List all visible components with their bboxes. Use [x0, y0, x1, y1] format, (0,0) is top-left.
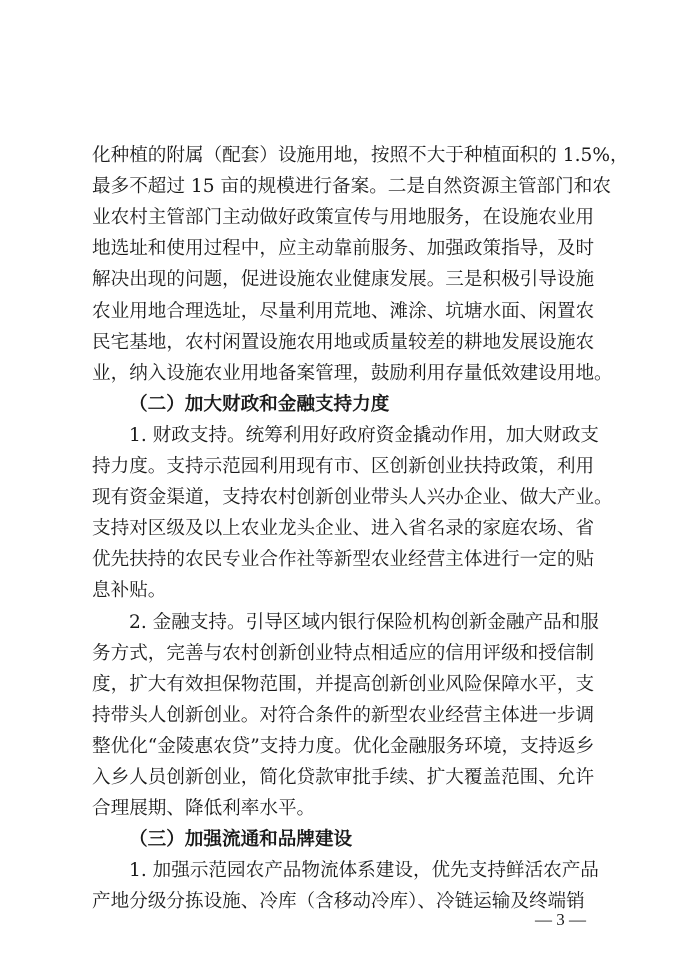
paragraph-line: 现有资金渠道，支持农村创新创业带头人兴办企业、做大产业。: [92, 482, 574, 513]
paragraph-line: 农业用地合理选址，尽量利用荒地、滩涂、坑塘水面、闲置农: [92, 296, 574, 327]
paragraph-line: 优先扶持的农民专业合作社等新型农业经营主体进行一定的贴: [92, 544, 574, 575]
paragraph-line: 持力度。支持示范园利用现有市、区创新创业扶持政策，利用: [92, 451, 574, 482]
paragraph-line: 化种植的附属（配套）设施用地，按照不大于种植面积的 1.5%，: [92, 140, 574, 171]
section-heading: （二）加大财政和金融支持力度: [129, 389, 574, 420]
paragraph-line: 合理展期、降低利率水平。: [92, 793, 574, 824]
paragraph-line: 支持对区级及以上农业龙头企业、进入省名录的家庭农场、省: [92, 513, 574, 544]
paragraph-line: 息补贴。: [92, 575, 574, 606]
section-heading: （三）加强流通和品牌建设: [129, 824, 574, 855]
document-page: 化种植的附属（配套）设施用地，按照不大于种植面积的 1.5%，最多不超过 15 …: [0, 0, 680, 962]
paragraph-line: 务方式，完善与农村创新创业特点相适应的信用评级和授信制: [92, 638, 574, 669]
paragraph-line: 度，扩大有效担保物范围，并提高创新创业风险保障水平，支: [92, 669, 574, 700]
paragraph-line: 解决出现的问题，促进设施农业健康发展。三是积极引导设施: [92, 264, 574, 295]
paragraph-line: 业农村主管部门主动做好政策宣传与用地服务，在设施农业用: [92, 202, 574, 233]
paragraph-line: 持带头人创新创业。对符合条件的新型农业经营主体进一步调: [92, 700, 574, 731]
paragraph-line: 地选址和使用过程中，应主动靠前服务、加强政策指导，及时: [92, 233, 574, 264]
page-number: — 3 —: [535, 910, 586, 930]
paragraph-line: 业，纳入设施农业用地备案管理，鼓励利用存量低效建设用地。: [92, 358, 574, 389]
paragraph-line: 1. 加强示范园农产品物流体系建设，优先支持鲜活农产品: [129, 855, 574, 886]
paragraph-line: 产地分级分拣设施、冷库（含移动冷库）、冷链运输及终端销: [92, 886, 574, 917]
paragraph-line: 整优化“金陵惠农贷”支持力度。优化金融服务环境，支持返乡: [92, 731, 574, 762]
paragraph-line: 入乡人员创新创业，简化贷款审批手续、扩大覆盖范围、允许: [92, 762, 574, 793]
paragraph-line: 1. 财政支持。统筹利用好政府资金撬动作用，加大财政支: [129, 420, 574, 451]
paragraph-line: 民宅基地，农村闲置设施农用地或质量较差的耕地发展设施农: [92, 327, 574, 358]
paragraph-line: 最多不超过 15 亩的规模进行备案。二是自然资源主管部门和农: [92, 171, 574, 202]
paragraph-line: 2. 金融支持。引导区域内银行保险机构创新金融产品和服: [129, 607, 574, 638]
